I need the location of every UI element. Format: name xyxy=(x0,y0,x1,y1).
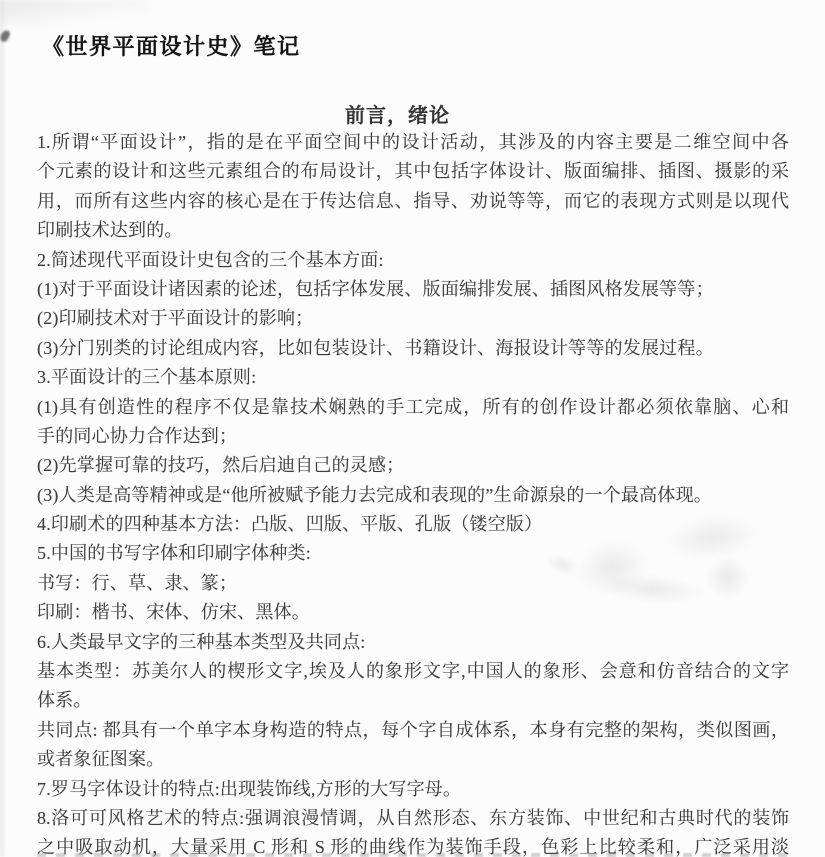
text-line: 基本类型：苏美尔人的楔形文字,埃及人的象形文字,中国人的象形、会意和仿音结合的文… xyxy=(37,657,789,686)
text-line: (3)人类是高等精神或是“他所被赋予能力去完成和表现的”生命源泉的一个最高体现。 xyxy=(37,481,789,510)
text-line: 体系。 xyxy=(37,686,789,715)
text-line: (2)印刷技术对于平面设计的影响； xyxy=(37,304,789,333)
scan-edge-shading xyxy=(0,0,6,857)
text-line: 印刷技术达到的。 xyxy=(37,216,789,245)
section-heading: 前言，绪论 xyxy=(0,99,825,128)
text-line: (1)对于平面设计诸因素的论述，包括字体发展、版面编排发展、插图风格发展等等； xyxy=(37,275,789,304)
text-line: 6.人类最早文字的三种基本类型及共同点: xyxy=(37,628,789,657)
text-line: 2.简述现代平面设计史包含的三个基本方面: xyxy=(37,246,789,275)
text-line: (2)先掌握可靠的技巧，然后启迪自己的灵感； xyxy=(37,451,789,480)
scan-corner-shading xyxy=(0,0,150,26)
cropped-next-text-line xyxy=(37,853,789,857)
text-line: 共同点: 都具有一个单字本身构造的特点，每个字自成体系，本身有完整的架构，类似图… xyxy=(37,716,789,745)
text-line: 或者象征图案。 xyxy=(37,745,789,774)
text-line: 用，而所有这些内容的核心是在于传达信息、指导、劝说等等，而它的表现方式则是以现代 xyxy=(37,187,789,216)
text-line: 1.所谓“平面设计”，指的是在平面空间中的设计活动，其涉及的内容主要是二维空间中… xyxy=(37,128,789,157)
text-line: 8.洛可可风格艺术的特点:强调浪漫情调，从自然形态、东方装饰、中世纪和古典时代的… xyxy=(37,804,789,833)
text-line: 7.罗马字体设计的特点:出现装饰线,方形的大写字母。 xyxy=(37,775,789,804)
document-page: 《世界平面设计史》笔记 前言，绪论 1.所谓“平面设计”，指的是在平面空间中的设… xyxy=(0,0,825,857)
document-body: 1.所谓“平面设计”，指的是在平面空间中的设计活动，其涉及的内容主要是二维空间中… xyxy=(37,128,789,857)
text-line: (1)具有创造性的程序不仅是靠技术娴熟的手工完成，所有的创作设计都必须依靠脑、心… xyxy=(37,393,789,422)
text-line: 手的同心协力合作达到； xyxy=(37,422,789,451)
scan-smudge xyxy=(705,555,750,600)
text-line: 3.平面设计的三个基本原则: xyxy=(37,363,789,392)
document-title: 《世界平面设计史》笔记 xyxy=(42,30,301,61)
text-line: 个元素的设计和这些元素组合的布局设计，其中包括字体设计、版面编排、插图、摄影的采 xyxy=(37,157,789,186)
text-line: (3)分门别类的讨论组成内容，比如包装设计、书籍设计、海报设计等等的发展过程。 xyxy=(37,334,789,363)
